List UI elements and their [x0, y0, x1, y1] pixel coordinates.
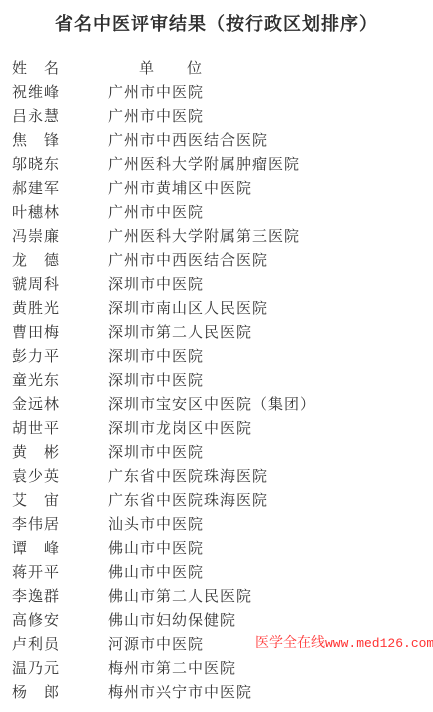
unit-name: 深圳市中医院 [108, 345, 204, 369]
person-name: 杨 郎 [12, 681, 108, 705]
table-row: 温乃元 梅州市第二中医院 [0, 657, 433, 681]
unit-name: 深圳市第二人民医院 [108, 321, 252, 345]
person-name: 焦 锋 [12, 129, 108, 153]
unit-name: 广东省中医院珠海医院 [108, 465, 268, 489]
table-row: 郝建军 广州市黄埔区中医院 [0, 177, 433, 201]
unit-name: 广州医科大学附属第三医院 [108, 225, 300, 249]
person-name: 叶穗林 [12, 201, 108, 225]
person-name: 郝建军 [12, 177, 108, 201]
unit-name: 佛山市第二人民医院 [108, 585, 252, 609]
person-name: 吕永慧 [12, 105, 108, 129]
unit-name: 佛山市中医院 [108, 537, 204, 561]
person-name: 李逸群 [12, 585, 108, 609]
unit-name: 广州医科大学附属肿瘤医院 [108, 153, 300, 177]
table-row: 龙 德 广州市中西医结合医院 [0, 249, 433, 273]
table-header: 姓 名 单 位 [0, 57, 433, 81]
table-row: 袁少英 广东省中医院珠海医院 [0, 465, 433, 489]
table-row: 彭力平 深圳市中医院 [0, 345, 433, 369]
person-name: 袁少英 [12, 465, 108, 489]
unit-column-header: 单 位 [108, 57, 203, 81]
page-title: 省名中医评审结果（按行政区划排序） [0, 13, 433, 35]
unit-name: 广州市中西医结合医院 [108, 249, 268, 273]
table-row: 谭 峰 佛山市中医院 [0, 537, 433, 561]
table-row: 高修安 佛山市妇幼保健院 [0, 609, 433, 633]
unit-name: 佛山市中医院 [108, 561, 204, 585]
unit-name: 广州市中医院 [108, 81, 204, 105]
table-row: 蒋开平 佛山市中医院 [0, 561, 433, 585]
person-name: 冯崇廉 [12, 225, 108, 249]
unit-name: 汕头市中医院 [108, 513, 204, 537]
table-row: 冯崇廉 广州医科大学附属第三医院 [0, 225, 433, 249]
unit-name: 深圳市南山区人民医院 [108, 297, 268, 321]
table-row: 祝维峰 广州市中医院 [0, 81, 433, 105]
person-name: 黄胜光 [12, 297, 108, 321]
unit-name: 梅州市第二中医院 [108, 657, 236, 681]
person-name: 邬晓东 [12, 153, 108, 177]
watermark-site-name: 医学全在线 [255, 636, 325, 651]
table-row: 金远林 深圳市宝安区中医院（集团） [0, 393, 433, 417]
table-row: 黄 彬 深圳市中医院 [0, 441, 433, 465]
person-name: 蒋开平 [12, 561, 108, 585]
watermark-url: www.med126.com [325, 636, 433, 651]
table-row: 曹田梅 深圳市第二人民医院 [0, 321, 433, 345]
person-name: 胡世平 [12, 417, 108, 441]
name-column-header: 姓 名 [12, 57, 108, 81]
person-name: 高修安 [12, 609, 108, 633]
table-row: 吕永慧 广州市中医院 [0, 105, 433, 129]
unit-name: 佛山市妇幼保健院 [108, 609, 236, 633]
person-name: 彭力平 [12, 345, 108, 369]
person-name: 金远林 [12, 393, 108, 417]
unit-name: 梅州市兴宁市中医院 [108, 681, 252, 705]
person-name: 李伟居 [12, 513, 108, 537]
table-row: 焦 锋 广州市中西医结合医院 [0, 129, 433, 153]
unit-name: 广东省中医院珠海医院 [108, 489, 268, 513]
unit-name: 深圳市中医院 [108, 369, 204, 393]
unit-name: 深圳市中医院 [108, 273, 204, 297]
person-name: 童光东 [12, 369, 108, 393]
person-name: 艾 宙 [12, 489, 108, 513]
table-row: 邬晓东 广州医科大学附属肿瘤医院 [0, 153, 433, 177]
person-name: 温乃元 [12, 657, 108, 681]
table-row: 李逸群 佛山市第二人民医院 [0, 585, 433, 609]
table-row: 杨 郎 梅州市兴宁市中医院 [0, 681, 433, 705]
person-name: 虢周科 [12, 273, 108, 297]
unit-name: 广州市中医院 [108, 105, 204, 129]
table-row: 黄胜光 深圳市南山区人民医院 [0, 297, 433, 321]
watermark: 医学全在线www.med126.com [255, 633, 433, 653]
table-body: 祝维峰 广州市中医院 吕永慧 广州市中医院 焦 锋 广州市中西医结合医院 邬晓东… [0, 81, 433, 705]
unit-name: 广州市黄埔区中医院 [108, 177, 252, 201]
unit-name: 广州市中医院 [108, 201, 204, 225]
person-name: 龙 德 [12, 249, 108, 273]
person-name: 祝维峰 [12, 81, 108, 105]
table-row: 虢周科 深圳市中医院 [0, 273, 433, 297]
table-row: 艾 宙 广东省中医院珠海医院 [0, 489, 433, 513]
unit-name: 深圳市龙岗区中医院 [108, 417, 252, 441]
table-row: 童光东 深圳市中医院 [0, 369, 433, 393]
results-table: 姓 名 单 位 祝维峰 广州市中医院 吕永慧 广州市中医院 焦 锋 广州市中西医… [0, 57, 433, 705]
unit-name: 河源市中医院 [108, 633, 204, 657]
person-name: 卢利员 [12, 633, 108, 657]
person-name: 黄 彬 [12, 441, 108, 465]
unit-name: 深圳市中医院 [108, 441, 204, 465]
document-page: 省名中医评审结果（按行政区划排序） 姓 名 单 位 祝维峰 广州市中医院 吕永慧… [0, 0, 433, 712]
unit-name: 深圳市宝安区中医院（集团） [108, 393, 316, 417]
table-row: 李伟居 汕头市中医院 [0, 513, 433, 537]
person-name: 谭 峰 [12, 537, 108, 561]
table-row: 胡世平 深圳市龙岗区中医院 [0, 417, 433, 441]
person-name: 曹田梅 [12, 321, 108, 345]
unit-name: 广州市中西医结合医院 [108, 129, 268, 153]
table-row: 叶穗林 广州市中医院 [0, 201, 433, 225]
